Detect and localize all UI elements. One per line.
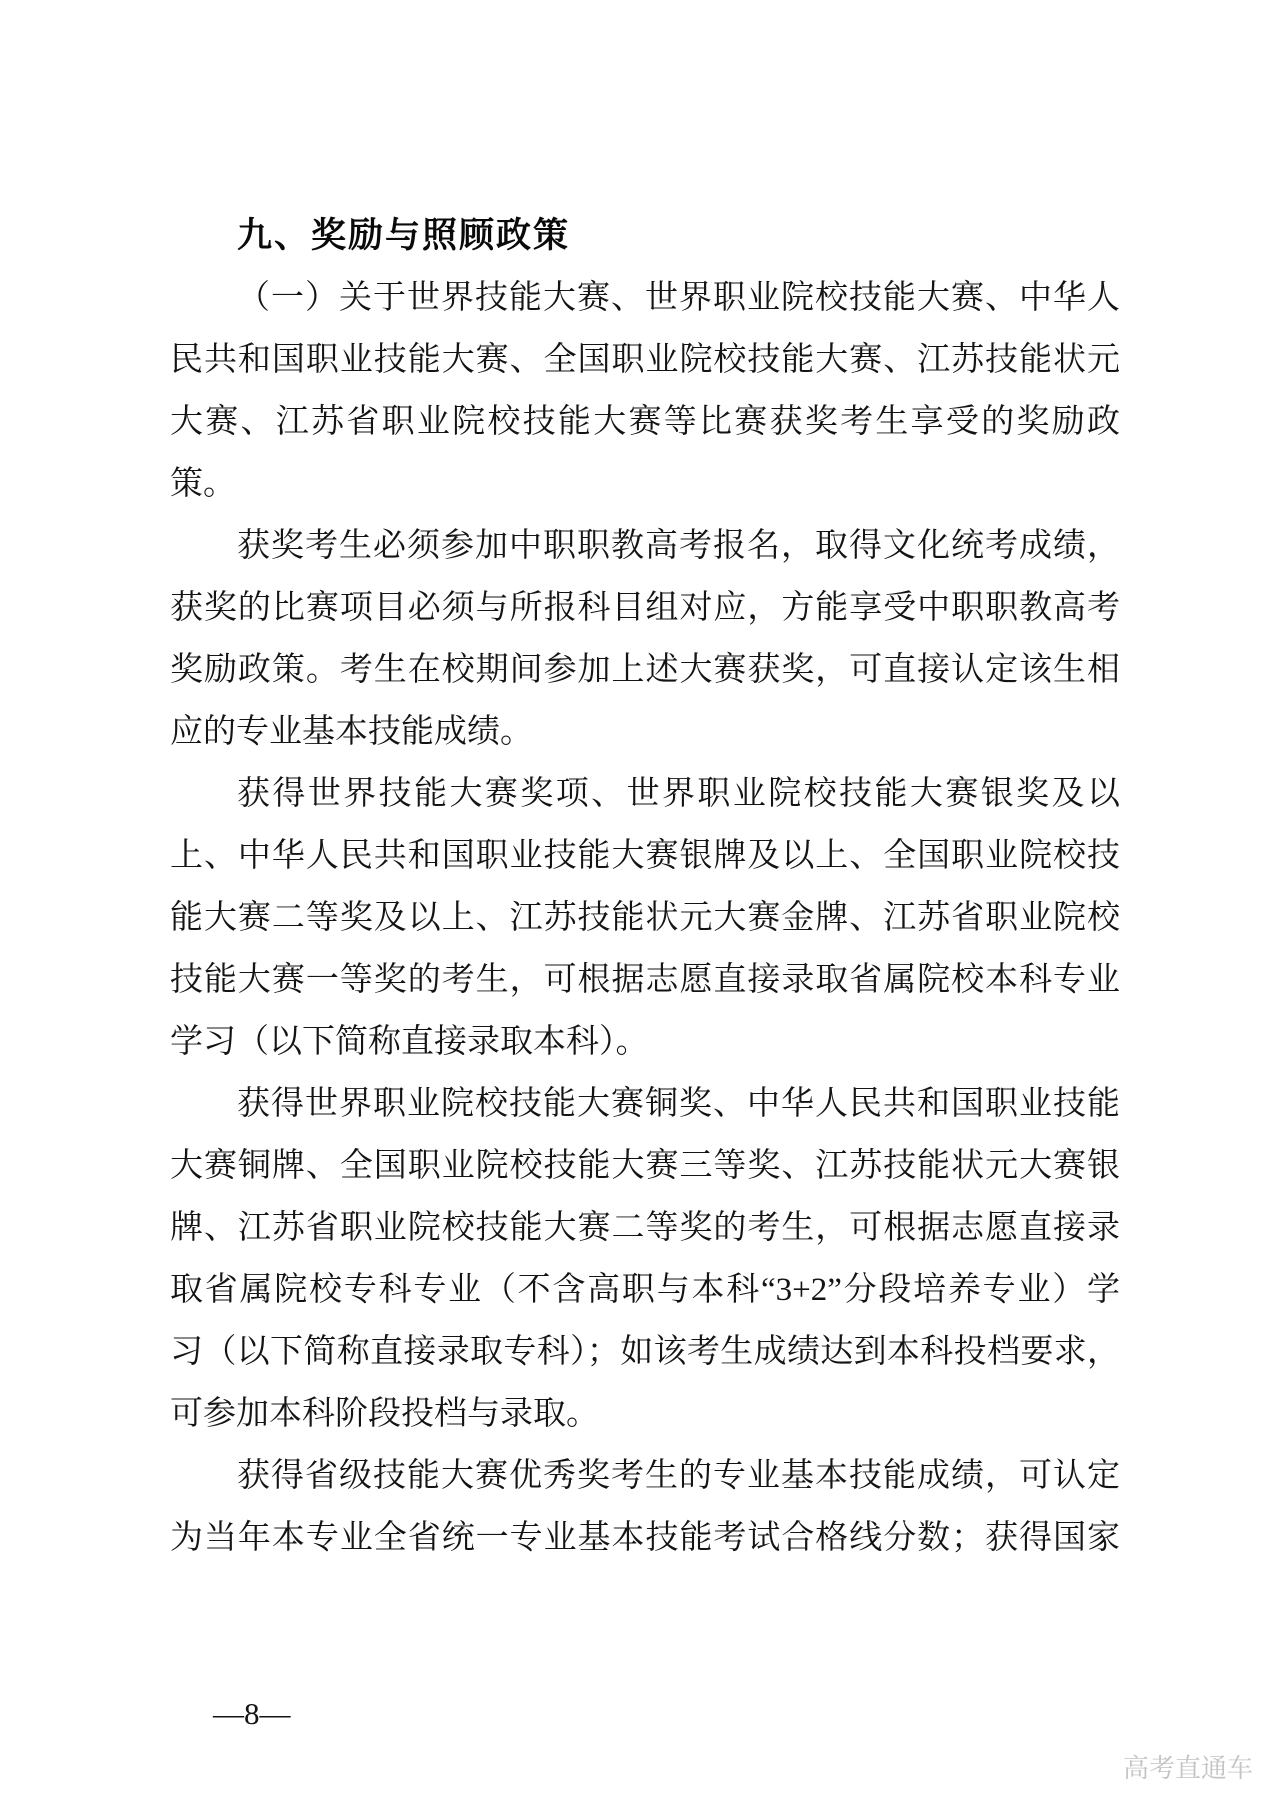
body-line: 大赛铜牌、全国职业院校技能大赛三等奖、江苏技能状元大赛银 [170,1135,1120,1197]
body-line: 上、中华人民共和国职业技能大赛银牌及以上、全国职业院校技 [170,825,1120,887]
body-line: 能大赛二等奖及以上、江苏技能状元大赛金牌、江苏省职业院校 [170,887,1120,949]
body-line: 可参加本科阶段投档与录取。 [170,1383,1120,1445]
body-line: （一）关于世界技能大赛、世界职业院校技能大赛、中华人 [170,267,1120,329]
body-line: 应的专业基本技能成绩。 [170,701,1120,763]
body-line: 获奖考生必须参加中职职教高考报名，取得文化统考成绩， [170,515,1120,577]
document-body: 九、奖励与照顾政策 （一）关于世界技能大赛、世界职业院校技能大赛、中华人 民共和… [170,205,1120,1569]
body-line: 学习（以下简称直接录取本科）。 [170,1011,1120,1073]
body-line: 获得省级技能大赛优秀奖考生的专业基本技能成绩，可认定 [170,1445,1120,1507]
watermark-text: 高考直通车 [1123,1752,1253,1784]
body-line: 牌、江苏省职业院校技能大赛二等奖的考生，可根据志愿直接录 [170,1197,1120,1259]
body-line: 获奖的比赛项目必须与所报科目组对应，方能享受中职职教高考 [170,577,1120,639]
body-line: 为当年本专业全省统一专业基本技能考试合格线分数；获得国家 [170,1507,1120,1569]
body-line: 技能大赛一等奖的考生，可根据志愿直接录取省属院校本科专业 [170,949,1120,1011]
body-line: 策。 [170,453,1120,515]
body-line: 民共和国职业技能大赛、全国职业院校技能大赛、江苏技能状元 [170,329,1120,391]
body-line: 大赛、江苏省职业院校技能大赛等比赛获奖考生享受的奖励政 [170,391,1120,453]
body-line: 取省属院校专科专业（不含高职与本科“3+2”分段培养专业）学 [170,1259,1120,1321]
section-heading: 九、奖励与照顾政策 [170,205,1120,267]
body-line: 获得世界职业院校技能大赛铜奖、中华人民共和国职业技能 [170,1073,1120,1135]
body-line: 习（以下简称直接录取专科）；如该考生成绩达到本科投档要求， [170,1321,1120,1383]
body-line: 获得世界技能大赛奖项、世界职业院校技能大赛银奖及以 [170,763,1120,825]
document-page: 九、奖励与照顾政策 （一）关于世界技能大赛、世界职业院校技能大赛、中华人 民共和… [0,0,1280,1810]
body-line: 奖励政策。考生在校期间参加上述大赛获奖，可直接认定该生相 [170,639,1120,701]
page-number: —8— [213,1690,291,1738]
